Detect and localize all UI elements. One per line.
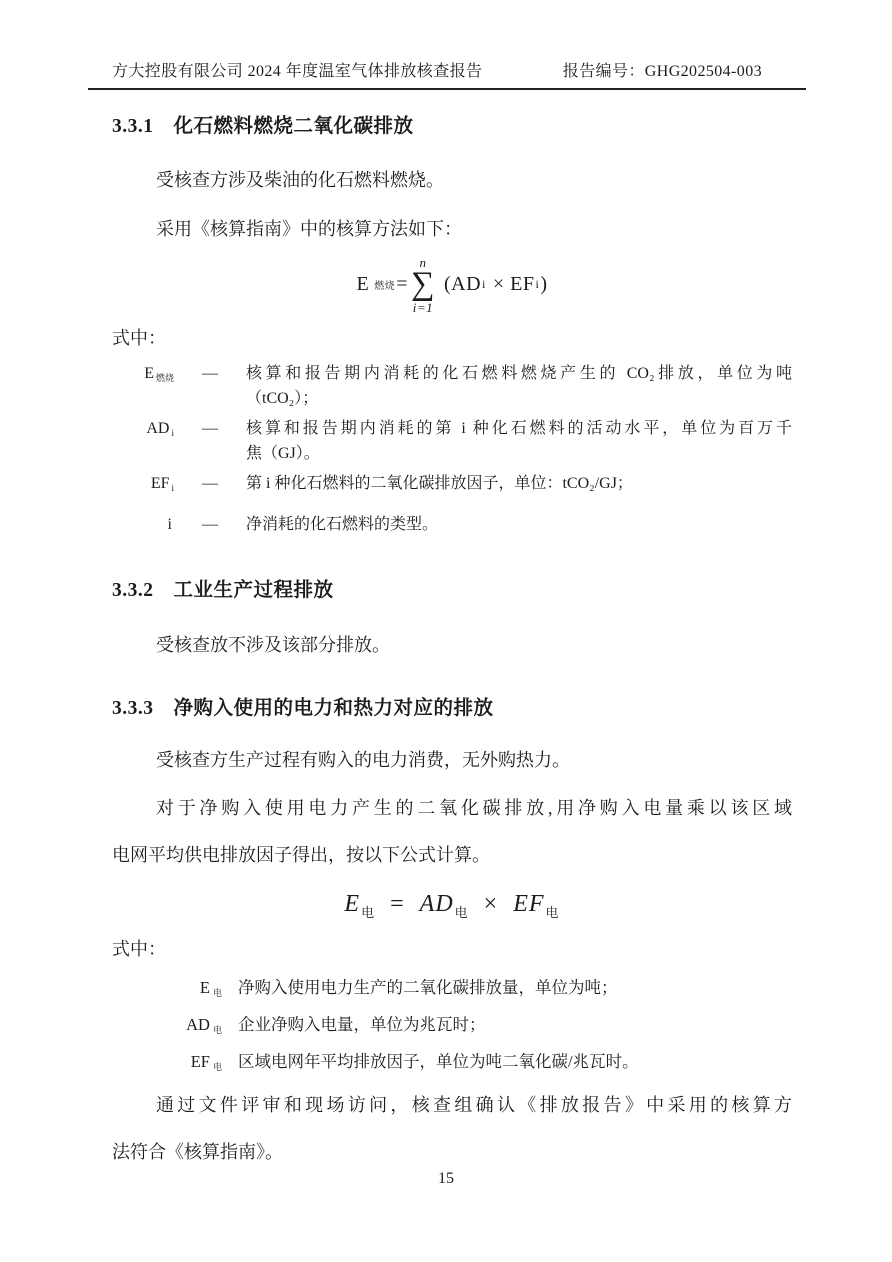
section-3-3-3-heading: 3.3.3 净购入使用的电力和热力对应的排放 [112,697,792,721]
sigma-symbol: ∑ [411,269,435,300]
paragraph-electricity-scope: 受核查方生产过程有购入的电力消费，无外购热力。 [112,749,792,772]
paragraph-electricity-method-line1: 对于净购入使用电力产生的二氧化碳排放,用净购入电量乘以该区域 [112,797,792,820]
sigma-stack: n ∑ i=1 [411,256,435,313]
definition-text: 第 i 种化石燃料的二氧化碳排放因子，单位：tCO₂/GJ； [246,471,792,501]
page-header: 方大控股有限公司 2024 年度温室气体排放核查报告 报告编号：GHG20250… [88,58,806,90]
formula-term-ef-sub: 电 [546,905,560,920]
section-3-3-2-heading: 3.3.2 工业生产过程排放 [112,579,792,603]
paragraph-conclusion-line1: 通过文件评审和现场访问，核查组确认《排放报告》中采用的核算方 [112,1094,792,1117]
definition-term: EFi [112,471,174,501]
definition-text: 核算和报告期内消耗的化石燃料燃烧产生的 CO₂排放，单位为吨 （tCO₂）； [246,361,792,411]
definition-row: EF电 区域电网年平均排放因子，单位为吨二氧化碳/兆瓦时。 [160,1051,792,1073]
header-report-number: 报告编号：GHG202504-003 [563,58,762,81]
formula-term-ef-sub: i [536,277,540,292]
formula-lhs-subscript: 电 [361,905,375,920]
section-number: 3.3.2 [112,579,154,603]
formula-term-ad-sub: 电 [455,905,469,920]
section-number: 3.3.3 [112,697,154,721]
where-label-1: 式中： [112,327,792,350]
formula-lhs: E [356,273,369,296]
definition-term: EF电 [160,1051,222,1073]
definition-text: 净购入使用电力生产的二氧化碳排放量，单位为吨； [238,977,618,999]
definition-dash: — [174,471,246,501]
section-title: 工业生产过程排放 [174,579,334,603]
definition-row: EFi — 第 i 种化石燃料的二氧化碳排放因子，单位：tCO₂/GJ； [112,471,792,501]
definition-row: E燃烧 — 核算和报告期内消耗的化石燃料燃烧产生的 CO₂排放，单位为吨 （tC… [112,361,792,411]
header-title: 方大控股有限公司 2024 年度温室气体排放核查报告 [112,58,482,81]
definition-term: E燃烧 [112,361,174,411]
definition-text: 企业净购入电量，单位为兆瓦时； [238,1014,486,1036]
paragraph-electricity-method-line2: 电网平均供电排放因子得出，按以下公式计算。 [112,844,792,867]
definition-text: 区域电网年平均排放因子，单位为吨二氧化碳/兆瓦时。 [238,1051,639,1073]
formula-operator-times: × [484,891,499,917]
formula-term-ef: EF [513,891,544,917]
definition-row: AD电 企业净购入电量，单位为兆瓦时； [160,1014,792,1036]
definition-dash: — [174,416,246,466]
formula-fossil-fuel-emission: E燃烧= n ∑ i=1 (ADi × EFi) [112,256,792,313]
paragraph-conclusion-line2: 法符合《核算指南》。 [112,1141,792,1164]
formula-electricity-emission: E电 = AD电 × EF电 [112,891,792,921]
page-content: 3.3.1 化石燃料燃烧二氧化碳排放 受核查方涉及柴油的化石燃料燃烧。 采用《核… [112,92,792,1164]
paragraph-process-emission: 受核查放不涉及该部分排放。 [112,634,792,657]
formula-term-ad-sub: i [482,277,486,292]
definition-term: AD电 [160,1014,222,1036]
definition-list-fossil: E燃烧 — 核算和报告期内消耗的化石燃料燃烧产生的 CO₂排放，单位为吨 （tC… [112,361,792,542]
definition-term: ADi [112,416,174,466]
formula-operator-times: × EF [493,273,535,296]
section-3-3-1-heading: 3.3.1 化石燃料燃烧二氧化碳排放 [112,115,792,139]
formula-lhs: E [344,891,360,917]
where-label-2: 式中： [112,938,792,961]
definition-term: E电 [160,977,222,999]
formula-equals: = [396,273,408,296]
section-title: 化石燃料燃烧二氧化碳排放 [174,115,414,139]
definition-text: 净消耗的化石燃料的类型。 [246,512,792,542]
section-title: 净购入使用的电力和热力对应的排放 [174,697,494,721]
section-number: 3.3.1 [112,115,154,139]
definition-row: ADi — 核算和报告期内消耗的第 i 种化石燃料的活动水平，单位为百万千 焦（… [112,416,792,466]
definition-row: i — 净消耗的化石燃料的类型。 [112,512,792,542]
definition-term: i [112,512,174,542]
definition-text: 核算和报告期内消耗的第 i 种化石燃料的活动水平，单位为百万千 焦（GJ）。 [246,416,792,466]
formula-close-paren: ) [540,273,547,296]
formula-lhs-subscript: 燃烧 [374,277,395,292]
definition-row: E电 净购入使用电力生产的二氧化碳排放量，单位为吨； [160,977,792,999]
page-number: 15 [0,1170,892,1188]
definition-list-electricity: E电 净购入使用电力生产的二氧化碳排放量，单位为吨； AD电 企业净购入电量，单… [112,977,792,1074]
formula-term-ad: (AD [444,273,481,296]
document-page: 方大控股有限公司 2024 年度温室气体排放核查报告 报告编号：GHG20250… [0,0,892,1262]
paragraph-method-intro: 采用《核算指南》中的核算方法如下： [112,218,792,241]
formula-term-ad: AD [420,891,454,917]
definition-dash: — [174,512,246,542]
sigma-lower-limit: i=1 [413,301,433,314]
definition-dash: — [174,361,246,411]
paragraph-fossil-scope: 受核查方涉及柴油的化石燃料燃烧。 [112,169,792,192]
formula-equals: = [390,891,405,917]
